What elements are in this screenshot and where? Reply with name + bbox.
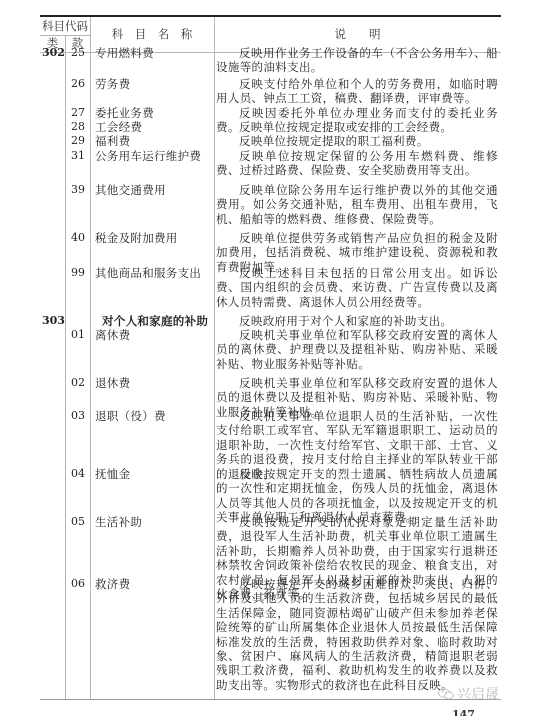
divider-name-desc (214, 17, 215, 699)
item-code: 06 (66, 577, 90, 591)
item-code: 05 (66, 515, 90, 529)
budget-subject-table: 科目代码 类 款 科 目 名 称 说 明 30225专用燃料费反映用作业务工作设… (40, 15, 501, 700)
document-page: 科目代码 类 款 科 目 名 称 说 明 30225专用燃料费反映用作业务工作设… (0, 0, 553, 716)
header-name: 科 目 名 称 (90, 26, 214, 43)
item-code: 27 (66, 106, 90, 120)
subject-description: 反映机关事业单位和军队移交政府安置的离休人员的离休费、护理费以及提租补贴、购房补… (216, 328, 498, 371)
watermark-text: 兴启晟 (457, 684, 499, 704)
category-code: 302 (42, 46, 64, 60)
item-code: 04 (66, 467, 90, 481)
item-code: 29 (66, 134, 90, 148)
subject-name: 委托业务费 (95, 106, 213, 120)
subject-description: 反映用作业务工作设备的车（不含公务用车）、船设施等的油料支出。 (216, 46, 498, 75)
page-number: 147 (452, 708, 475, 716)
item-code: 39 (66, 183, 90, 197)
subject-description: 反映单位按规定提取或安排的工会经费。 (216, 120, 498, 134)
subject-description: 反映单位按规定提取的职工福利费。 (216, 134, 498, 148)
subject-description: 反映支付给外单位和个人的劳务费用，如临时聘用人员、钟点工工资，稿费、翻译费，评审… (216, 77, 498, 106)
divider-kuan-name (90, 17, 91, 699)
item-code: 03 (66, 409, 90, 423)
watermark: 兴启晟 (438, 684, 499, 704)
subject-description: 反映单位按规定保留的公务用车燃料费、维修费、过桥过路费、保险费、安全奖励费用等支… (216, 149, 498, 178)
subject-description: 反映单位除公务用车运行维护费以外的其他交通费用。如公务交通补贴，租车费用、出租车… (216, 183, 498, 226)
subject-description: 反映政府用于对个人和家庭的补助支出。 (216, 314, 498, 328)
item-code: 25 (66, 46, 90, 60)
subject-name: 离休费 (95, 328, 213, 342)
subject-name: 抚恤金 (95, 467, 213, 481)
subject-name: 公务用车运行维护费 (95, 149, 213, 163)
subject-name: 福利费 (95, 134, 213, 148)
subject-description: 反映按规定开支的城乡困难群众、灾民、归侨、外侨及其他人员的生活救济费，包括城乡居… (216, 577, 498, 692)
subject-name: 其他交通费用 (95, 183, 213, 197)
subject-name: 专用燃料费 (95, 46, 213, 60)
subject-name: 其他商品和服务支出 (95, 266, 213, 280)
category-code: 303 (42, 314, 64, 328)
item-code: 31 (66, 149, 90, 163)
subject-name: 税金及附加费用 (95, 231, 213, 245)
item-code: 02 (66, 376, 90, 390)
item-code: 40 (66, 231, 90, 245)
subject-name: 生活补助 (95, 515, 213, 529)
header-code-group: 科目代码 (40, 18, 90, 35)
item-code: 28 (66, 120, 90, 134)
item-code: 01 (66, 328, 90, 342)
subject-name: 工会经费 (95, 120, 213, 134)
subject-description: 反映上述科目未包括的日常公用支出。如诉讼费、国内组织的会员费、来访费、广告宣传费… (216, 266, 498, 309)
item-code: 26 (66, 77, 90, 91)
subject-name: 对个人和家庭的补助 (102, 314, 220, 328)
subject-name: 劳务费 (95, 77, 213, 91)
header-desc: 说 明 (214, 26, 501, 43)
wechat-icon (438, 688, 454, 700)
subject-name: 退休费 (95, 376, 213, 390)
item-code: 99 (66, 266, 90, 280)
subject-name: 救济费 (95, 577, 213, 591)
subject-name: 退职（役）费 (95, 409, 213, 423)
